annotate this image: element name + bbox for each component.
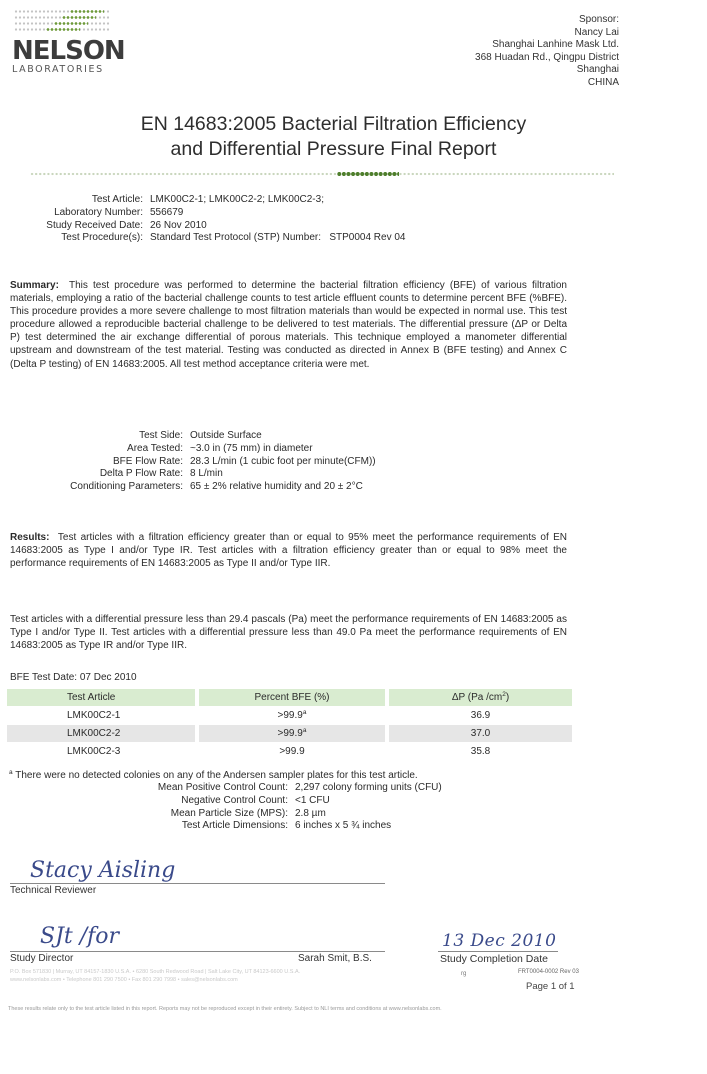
param-label: Conditioning Parameters: — [0, 481, 190, 494]
param-row: Delta P Flow Rate: 8 L/min — [0, 468, 376, 481]
header-test-article: Test Article — [7, 689, 195, 706]
control-value: 2.8 µm — [295, 808, 326, 821]
param-row: BFE Flow Rate: 28.3 L/min (1 cubic foot … — [0, 456, 376, 469]
technical-reviewer-label: Technical Reviewer — [10, 885, 96, 896]
cell-article: LMK00C2-1 — [7, 707, 195, 724]
control-row: Test Article Dimensions: 6 inches x 5 ¾ … — [0, 820, 442, 833]
header-percent-bfe: Percent BFE (%) — [199, 689, 385, 706]
summary-heading: Summary: — [10, 280, 59, 291]
document-number: FRT0004-0002 Rev 03 — [518, 969, 579, 975]
info-row-test-article: Test Article: LMK00C2-1; LMK00C2-2; LMK0… — [0, 194, 406, 207]
cell-bfe: >99.9a — [199, 725, 385, 742]
info-row-test-procedure: Test Procedure(s): Standard Test Protoco… — [0, 232, 406, 245]
logo-dot-pattern-icon — [12, 8, 114, 36]
table-row: LMK00C2-3 >99.9 35.8 — [7, 743, 572, 760]
study-info: Test Article: LMK00C2-1; LMK00C2-2; LMK0… — [0, 194, 406, 245]
sponsor-address: 368 Huadan Rd., Qingpu District — [475, 52, 619, 65]
director-signature-line — [10, 951, 385, 952]
param-value: ~3.0 in (75 mm) in diameter — [190, 443, 313, 456]
cell-bfe: >99.9a — [199, 707, 385, 724]
bfe-test-date: BFE Test Date: 07 Dec 2010 — [10, 672, 137, 683]
cell-dp: 37.0 — [389, 725, 572, 742]
director-signature: SJt /for — [40, 924, 119, 949]
param-row: Conditioning Parameters: 65 ± 2% relativ… — [0, 481, 376, 494]
info-value: LMK00C2-1; LMK00C2-2; LMK00C2-3; — [150, 194, 324, 207]
page-number: Page 1 of 1 — [526, 981, 575, 992]
sponsor-company: Shanghai Lanhine Mask Ltd. — [475, 39, 619, 52]
param-value: 8 L/min — [190, 468, 223, 481]
param-row: Test Side: Outside Surface — [0, 430, 376, 443]
cell-bfe: >99.9 — [199, 743, 385, 760]
nelson-laboratories-logo: NELSON LABORATORIES — [12, 8, 114, 76]
footnote-text: There were no detected colonies on any o… — [13, 770, 418, 781]
reviewer-signature-line — [10, 883, 385, 884]
param-value: 65 ± 2% relative humidity and 20 ± 2°C — [190, 481, 363, 494]
title-line-1: EN 14683:2005 Bacterial Filtration Effic… — [0, 112, 667, 137]
lab-address: P.O. Box 571830 | Murray, UT 84157-1830 … — [10, 968, 300, 984]
control-label: Test Article Dimensions: — [0, 820, 295, 833]
info-value: Standard Test Protocol (STP) Number: STP… — [150, 232, 406, 245]
param-label: Test Side: — [0, 430, 190, 443]
control-value: 6 inches x 5 ¾ inches — [295, 820, 391, 833]
table-header-row: Test Article Percent BFE (%) ΔP (Pa /cm2… — [7, 689, 572, 706]
sponsor-contact: Nancy Lai — [475, 27, 619, 40]
logo-wordmark: NELSON — [12, 38, 114, 64]
cell-article: LMK00C2-3 — [7, 743, 195, 760]
dotted-divider — [30, 172, 614, 176]
address-line-1: P.O. Box 571830 | Murray, UT 84157-1830 … — [10, 968, 300, 976]
initials: rg — [461, 971, 466, 977]
results-paragraph: Results: Test articles with a filtration… — [10, 531, 567, 570]
param-value: 28.3 L/min (1 cubic foot per minute(CFM)… — [190, 456, 376, 469]
reviewer-signature: Stacy Aisling — [30, 858, 175, 883]
address-line-2: www.nelsonlabs.com • Telephone 801 290 7… — [10, 976, 300, 984]
info-label: Study Received Date: — [0, 220, 150, 233]
completion-date-handwritten: 13 Dec 2010 — [442, 931, 556, 951]
differential-pressure-paragraph: Test articles with a differential pressu… — [10, 613, 567, 652]
study-completion-date-label: Study Completion Date — [440, 953, 548, 965]
table-footnote: a There were no detected colonies on any… — [9, 770, 418, 781]
param-label: BFE Flow Rate: — [0, 456, 190, 469]
sponsor-city: Shanghai — [475, 64, 619, 77]
info-row-lab-number: Laboratory Number: 556679 — [0, 207, 406, 220]
cell-article: LMK00C2-2 — [7, 725, 195, 742]
info-label: Test Procedure(s): — [0, 232, 150, 245]
control-row: Mean Particle Size (MPS): 2.8 µm — [0, 808, 442, 821]
cell-dp: 35.8 — [389, 743, 572, 760]
logo-subtitle: LABORATORIES — [12, 64, 114, 76]
disclaimer: These results relate only to the test ar… — [8, 1006, 442, 1012]
summary-text: This test procedure was performed to det… — [10, 280, 567, 370]
info-row-received-date: Study Received Date: 26 Nov 2010 — [0, 220, 406, 233]
results-heading: Results: — [10, 532, 49, 543]
study-director-label: Study Director — [10, 953, 73, 964]
completion-date-line — [438, 951, 558, 952]
header-delta-p: ΔP (Pa /cm2) — [389, 689, 572, 706]
param-value: Outside Surface — [190, 430, 262, 443]
control-counts: Mean Positive Control Count: 2,297 colon… — [0, 782, 442, 833]
control-label: Mean Positive Control Count: — [0, 782, 295, 795]
sponsor-block: Sponsor: Nancy Lai Shanghai Lanhine Mask… — [475, 14, 619, 90]
study-director-name: Sarah Smit, B.S. — [298, 953, 372, 964]
control-row: Negative Control Count: <1 CFU — [0, 795, 442, 808]
sponsor-country: CHINA — [475, 77, 619, 90]
control-label: Negative Control Count: — [0, 795, 295, 808]
info-value: 26 Nov 2010 — [150, 220, 207, 233]
control-value: <1 CFU — [295, 795, 330, 808]
results-text: Test articles with a filtration efficien… — [10, 532, 567, 569]
param-row: Area Tested: ~3.0 in (75 mm) in diameter — [0, 443, 376, 456]
divider-highlight — [337, 171, 399, 177]
results-table: Test Article Percent BFE (%) ΔP (Pa /cm2… — [7, 689, 572, 761]
test-parameters: Test Side: Outside Surface Area Tested: … — [0, 430, 376, 494]
table-row: LMK00C2-2 >99.9a 37.0 — [7, 725, 572, 742]
summary-paragraph: Summary: This test procedure was perform… — [10, 279, 567, 371]
control-row: Mean Positive Control Count: 2,297 colon… — [0, 782, 442, 795]
report-title: EN 14683:2005 Bacterial Filtration Effic… — [0, 112, 707, 162]
info-label: Test Article: — [0, 194, 150, 207]
info-value: 556679 — [150, 207, 183, 220]
sponsor-label: Sponsor: — [475, 14, 619, 27]
info-label: Laboratory Number: — [0, 207, 150, 220]
control-value: 2,297 colony forming units (CFU) — [295, 782, 442, 795]
param-label: Area Tested: — [0, 443, 190, 456]
cell-dp: 36.9 — [389, 707, 572, 724]
table-row: LMK00C2-1 >99.9a 36.9 — [7, 707, 572, 724]
title-line-2: and Differential Pressure Final Report — [0, 137, 667, 162]
param-label: Delta P Flow Rate: — [0, 468, 190, 481]
control-label: Mean Particle Size (MPS): — [0, 808, 295, 821]
